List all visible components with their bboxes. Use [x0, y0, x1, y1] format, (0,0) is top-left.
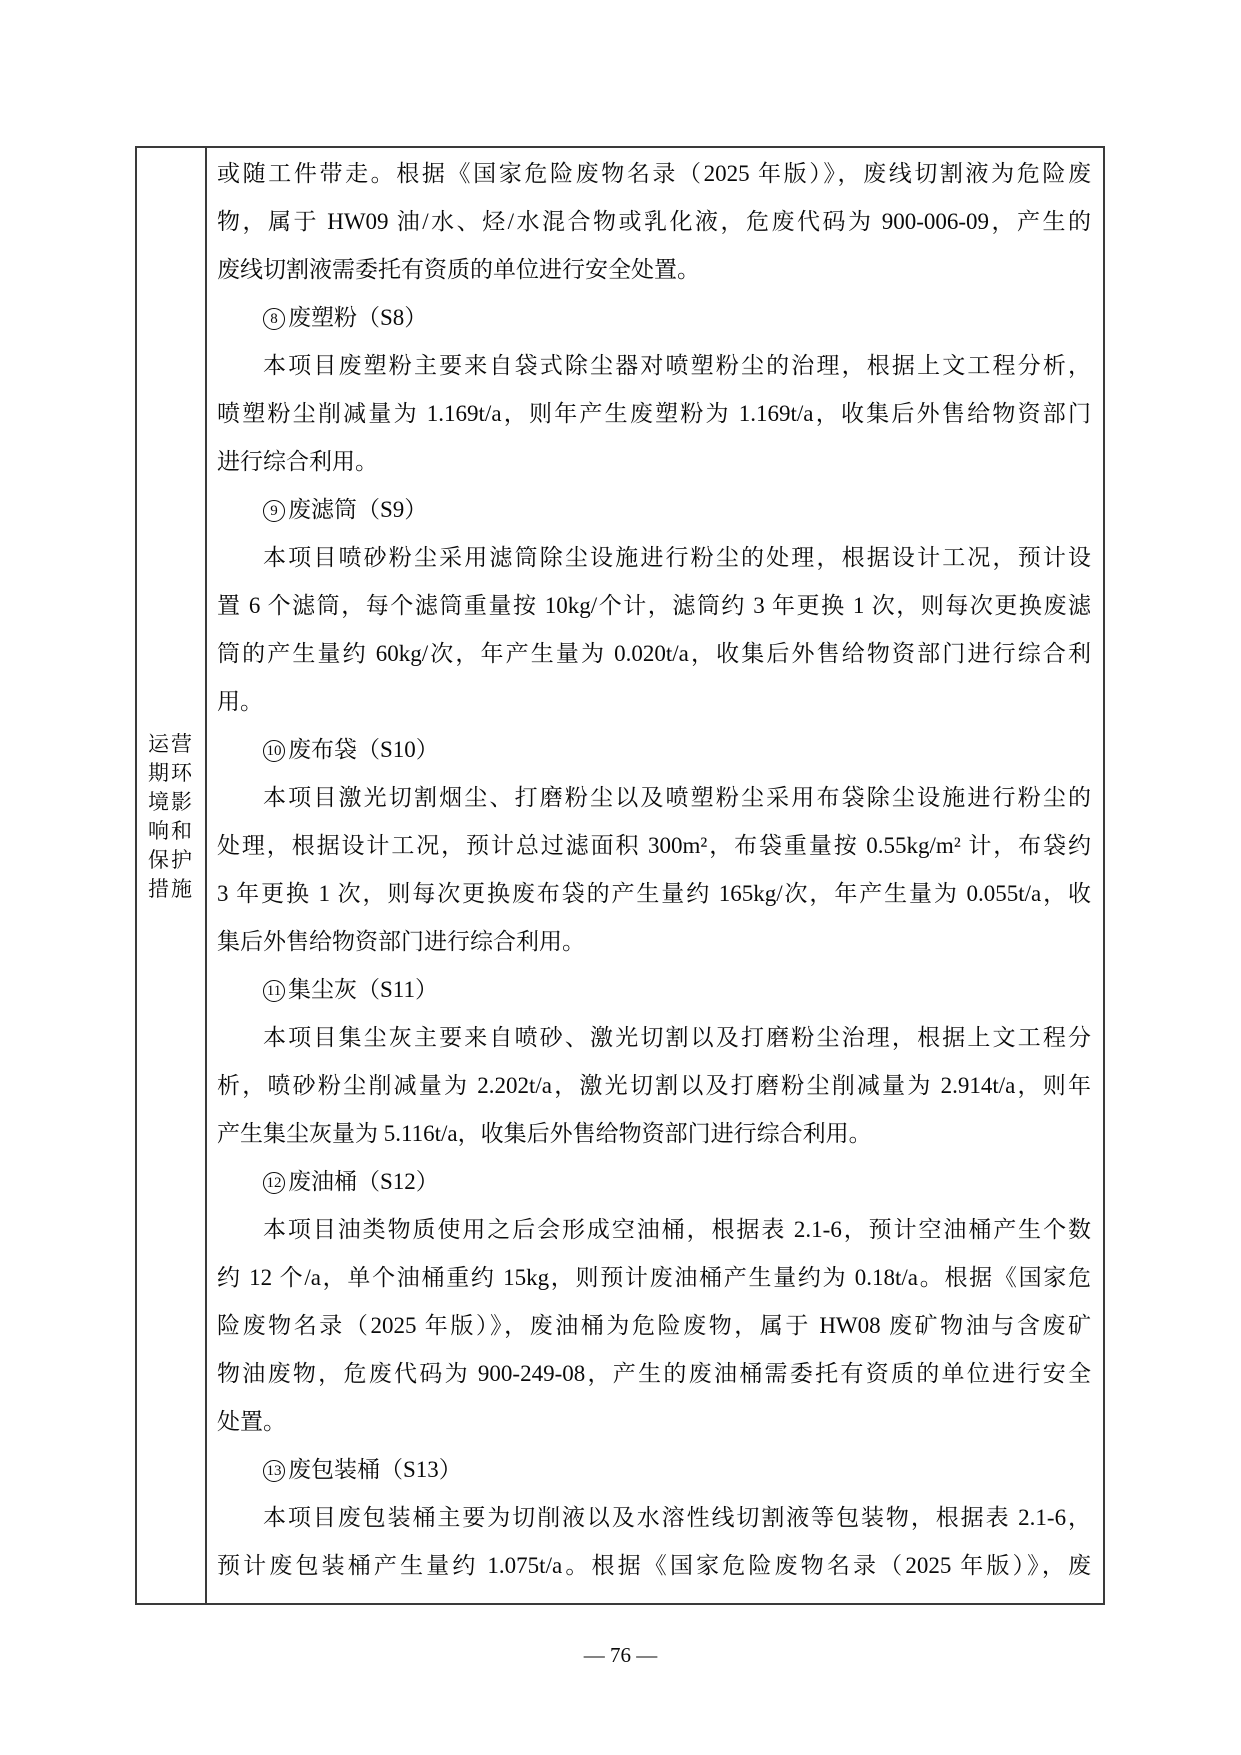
- text-line: 析，喷砂粉尘削减量为 2.202t/a，激光切割以及打磨粉尘削减量为 2.914…: [217, 1062, 1091, 1110]
- row-label-cell: 运营期环境影响和保护措施: [137, 148, 207, 1603]
- text-line: 本项目激光切割烟尘、打磨粉尘以及喷塑粉尘采用布袋除尘设施进行粉尘的: [217, 774, 1091, 822]
- text-line: 进行综合利用。: [217, 438, 1091, 486]
- circled-number: 9: [263, 500, 285, 522]
- text-line: 集后外售给物资部门进行综合利用。: [217, 918, 1091, 966]
- heading-text: 废油桶（S12）: [288, 1169, 439, 1194]
- circled-number: 12: [263, 1172, 285, 1194]
- text-line: 本项目集尘灰主要来自喷砂、激光切割以及打磨粉尘治理，根据上文工程分: [217, 1014, 1091, 1062]
- content-table: 运营期环境影响和保护措施 或随工件带走。根据《国家危险废物名录（2025 年版）…: [135, 146, 1105, 1605]
- circled-number: 11: [263, 980, 285, 1002]
- text-line: 筒的产生量约 60kg/次，年产生量为 0.020t/a，收集后外售给物资部门进…: [217, 630, 1091, 678]
- heading-text: 废布袋（S10）: [288, 737, 439, 762]
- text-line: 险废物名录（2025 年版）》，废油桶为危险废物，属于 HW08 废矿物油与含废…: [217, 1302, 1091, 1350]
- section-heading: 13废包装桶（S13）: [217, 1446, 1091, 1494]
- text-line: 置 6 个滤筒，每个滤筒重量按 10kg/个计，滤筒约 3 年更换 1 次，则每…: [217, 582, 1091, 630]
- circled-number: 13: [263, 1460, 285, 1482]
- text-line: 物油废物，危废代码为 900-249-08，产生的废油桶需委托有资质的单位进行安…: [217, 1350, 1091, 1398]
- section-heading: 10废布袋（S10）: [217, 726, 1091, 774]
- text-line: 本项目废塑粉主要来自袋式除尘器对喷塑粉尘的治理，根据上文工程分析，: [217, 342, 1091, 390]
- text-line: 或随工件带走。根据《国家危险废物名录（2025 年版）》，废线切割液为危险废: [217, 150, 1091, 198]
- section-heading: 12废油桶（S12）: [217, 1158, 1091, 1206]
- circled-number: 8: [263, 308, 285, 330]
- text-line: 本项目油类物质使用之后会形成空油桶，根据表 2.1-6，预计空油桶产生个数: [217, 1206, 1091, 1254]
- text-line: 约 12 个/a，单个油桶重约 15kg，则预计废油桶产生量约为 0.18t/a…: [217, 1254, 1091, 1302]
- section-heading: 8废塑粉（S8）: [217, 294, 1091, 342]
- text-line: 物，属于 HW09 油/水、烃/水混合物或乳化液，危废代码为 900-006-0…: [217, 198, 1091, 246]
- text-line: 产生集尘灰量为 5.116t/a，收集后外售给物资部门进行综合利用。: [217, 1110, 1091, 1158]
- text-line: 处置。: [217, 1398, 1091, 1446]
- text-line: 本项目喷砂粉尘采用滤筒除尘设施进行粉尘的处理，根据设计工况，预计设: [217, 534, 1091, 582]
- text-line: 本项目废包装桶主要为切削液以及水溶性线切割液等包装物，根据表 2.1-6，: [217, 1494, 1091, 1542]
- row-label: 运营期环境影响和保护措施: [146, 730, 196, 904]
- heading-text: 废塑粉（S8）: [288, 305, 427, 330]
- text-line: 处理，根据设计工况，预计总过滤面积 300m²，布袋重量按 0.55kg/m² …: [217, 822, 1091, 870]
- text-line: 用。: [217, 678, 1091, 726]
- section-heading: 9废滤筒（S9）: [217, 486, 1091, 534]
- text-line: 预计废包装桶产生量约 1.075t/a。根据《国家危险废物名录（2025 年版）…: [217, 1542, 1091, 1590]
- heading-text: 集尘灰（S11）: [288, 977, 438, 1002]
- text-line: 喷塑粉尘削减量为 1.169t/a，则年产生废塑粉为 1.169t/a，收集后外…: [217, 390, 1091, 438]
- section-heading: 11集尘灰（S11）: [217, 966, 1091, 1014]
- text-line: 废线切割液需委托有资质的单位进行安全处置。: [217, 246, 1091, 294]
- heading-text: 废包装桶（S13）: [288, 1457, 462, 1482]
- circled-number: 10: [263, 740, 285, 762]
- page-number: — 76 —: [0, 1641, 1241, 1669]
- content-cell: 或随工件带走。根据《国家危险废物名录（2025 年版）》，废线切割液为危险废物，…: [207, 148, 1103, 1603]
- text-line: 3 年更换 1 次，则每次更换废布袋的产生量约 165kg/次，年产生量为 0.…: [217, 870, 1091, 918]
- heading-text: 废滤筒（S9）: [288, 497, 427, 522]
- document-page: { "colors": { "border": "#3a3a3a", "text…: [0, 0, 1241, 1755]
